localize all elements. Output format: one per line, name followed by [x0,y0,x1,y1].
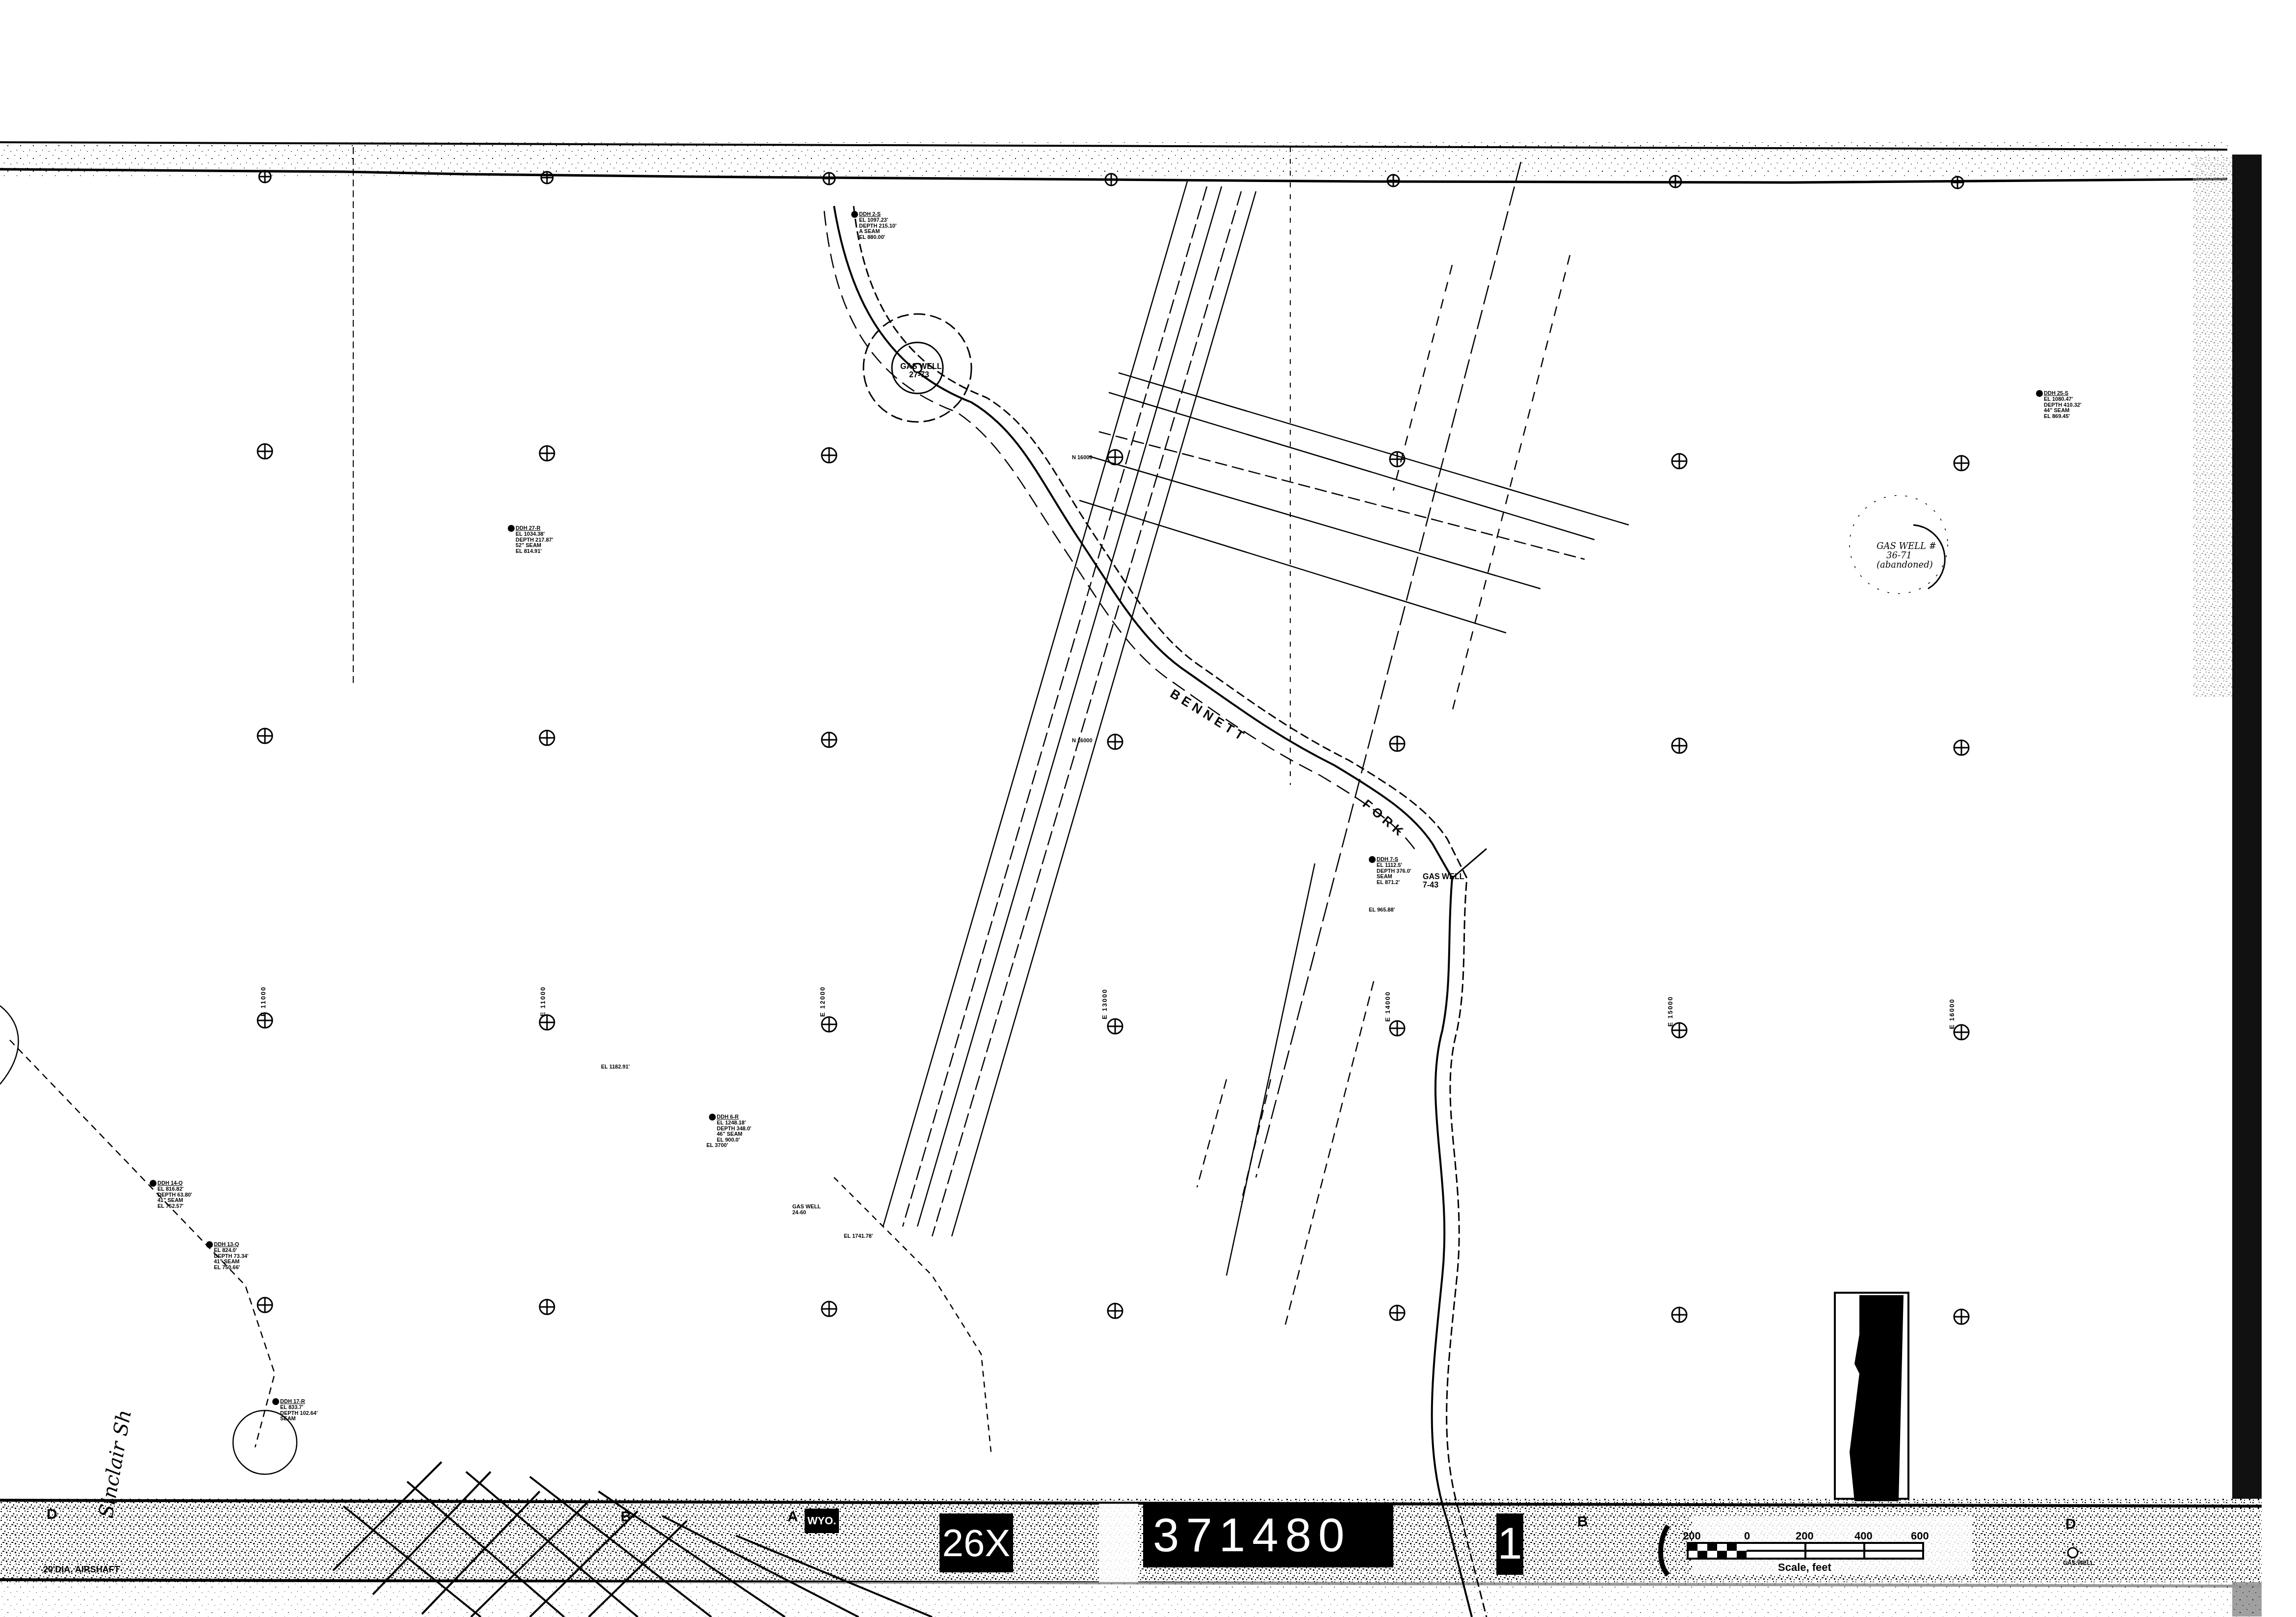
drill-hole-id: DDH 14-Q [157,1180,183,1186]
drill-hole-detail: EL 833.7' [272,1405,303,1410]
drill-hole-detail: 46" SEAM [709,1131,742,1137]
drill-hole-annotation: DDH 6-REL 1248.18'DEPTH 348.0'46" SEAMEL… [709,1114,751,1143]
scale-title: Scale, feet [1776,1561,1833,1574]
drill-hole-annotation: DDH 25-SEL 1080.47'DEPTH 410.32'44" SEAM… [2036,390,2082,419]
drill-hole-icon [206,1241,213,1248]
drill-hole-annotation: DDH 14-QEL 816.82'DEPTH 63.80'41" SEAMEL… [150,1180,192,1209]
drill-hole-detail: DEPTH 376.0' [1369,868,1411,874]
gas-well-label-3: GAS WELL 24-60 [792,1204,821,1216]
drill-hole-detail: DEPTH 73.34' [206,1253,248,1259]
northing-label-1: N 16000 [1072,455,1093,461]
grid-letter-a: A [787,1509,798,1525]
drill-hole-detail: 41" SEAM [150,1198,183,1203]
drill-hole-detail: DEPTH 63.80' [150,1192,192,1198]
drill-hole-detail: SEAM [1369,874,1392,880]
grid-letter-b: B [1577,1513,1588,1530]
drill-hole-id: DDH 27-R [516,525,541,531]
drill-hole-id: DDH 6-R [717,1114,739,1120]
spot-elevation-2: EL 1182.91' [601,1065,630,1070]
drill-hole-annotation: DDH 27-REL 1034.38'DEPTH 217.87'52" SEAM… [508,525,553,554]
grid-crosshairs [258,171,1969,1324]
drill-hole-id: DDH 7-S [1377,857,1398,862]
gas-well-id-4: 36-71 [1877,550,1912,561]
drill-hole-detail: A SEAM [851,229,880,235]
drill-hole-detail: EL 880.00' [851,235,885,240]
drill-hole-detail: EL 750.66' [206,1265,240,1271]
northing-label-2: N 16000 [1072,738,1093,744]
drill-hole-id: DDH 13-Q [214,1242,239,1248]
gas-well-label-2: GAS WELL 7-43 [1423,873,1464,890]
gas-well-id-1: 27-73 [900,371,929,379]
drill-hole-icon [709,1114,716,1121]
gas-well-label-1: GAS WELL 27-73 [900,363,941,380]
gas-well-note-4: (abandoned) [1877,560,1933,570]
gas-well-id-3: 24-60 [792,1210,806,1216]
drill-hole-detail: EL 816.82' [150,1186,183,1192]
drill-hole-detail: DEPTH 215.10' [851,223,897,229]
spot-elevation-1: EL 1741.78' [844,1234,873,1240]
drill-hole-annotation: DDH 17-REL 833.7'DEPTH 102.64'SEAM [272,1398,318,1422]
state-label: WYO. [808,1514,836,1527]
drill-hole-icon [272,1398,279,1405]
sheet-number: 371480 [1153,1509,1351,1563]
easting-label-6: E 15000 [1667,996,1674,1026]
drill-hole-detail: EL 1112.5' [1369,862,1402,868]
scale-tick-4: 600 [1911,1530,1929,1542]
drill-hole-annotation: DDH 13-QEL 824.0'DEPTH 73.34'41" SEAMEL … [206,1241,248,1271]
top-margin [0,140,2227,785]
drill-hole-detail: EL 871.2' [1369,880,1400,886]
drill-hole-icon [508,525,515,532]
frame-label-box: 26X [939,1513,1013,1572]
easting-label-7: E 16000 [1949,998,1956,1029]
left-arc [0,1006,991,1474]
drill-hole-detail: 44" SEAM [2036,408,2069,414]
drill-hole-id: DDH 17-R [280,1399,305,1405]
right-edge-strip [2193,155,2262,1617]
drill-hole-annotation: DDH 2-SEL 1097.23'DEPTH 215.10'A SEAMEL … [851,211,897,240]
map-canvas [0,0,2296,1617]
easting-label-3: E 12000 [819,986,826,1017]
drill-hole-detail: EL 1034.38' [508,531,545,537]
drill-hole-icon [851,211,858,218]
panel-number-box: 1 [1496,1513,1523,1575]
airshaft-label: 20'DIA. AIRSHAFT [43,1565,120,1574]
easting-label-5: E 14000 [1384,991,1391,1021]
drill-hole-detail: EL 869.45' [2036,414,2070,419]
easting-label-1: E 11000 [260,986,267,1017]
drill-hole-detail: 52" SEAM [508,543,541,548]
left-letter-b: B [621,1509,631,1525]
grid-letter-d: D [2065,1516,2076,1533]
drill-hole-annotation: DDH 7-SEL 1112.5'DEPTH 376.0'SEAMEL 871.… [1369,856,1411,886]
frame-label: 26X [942,1521,1011,1565]
spot-elevation-4: EL 3700' [706,1143,728,1149]
drill-hole-detail: 41" SEAM [206,1259,239,1265]
left-letter-d: D [47,1506,57,1523]
drill-hole-icon [150,1180,157,1187]
scale-tick-3: 400 [1854,1530,1873,1542]
drill-hole-detail: EL 752.57' [150,1203,183,1209]
drill-hole-detail: EL 1097.23' [851,217,888,223]
drill-hole-icon [1369,856,1376,863]
easting-label-4: E 13000 [1101,989,1108,1019]
drill-hole-detail: DEPTH 217.87' [508,537,553,543]
scale-tick-2: 200 [1796,1530,1814,1542]
spot-elevation-3: EL 965.88' [1369,908,1395,913]
state-label-box: WYO. [805,1509,839,1533]
drill-hole-id: DDH 2-S [859,211,881,217]
gas-well-id-2: 7-43 [1423,881,1438,889]
gas-well-label-4: GAS WELL # 36-71 (abandoned) [1877,542,1936,570]
survey-lines [883,162,1629,1325]
legend-panel [1835,1293,1908,1501]
sheet-number-box: 371480 [1143,1504,1393,1567]
drill-hole-detail: EL 1248.18' [709,1120,746,1126]
drill-hole-detail: DEPTH 410.32' [2036,402,2082,408]
scale-tick-1: 0 [1744,1530,1750,1542]
drill-hole-detail: EL 900.0' [709,1137,740,1143]
drill-hole-detail: DEPTH 348.0' [709,1126,751,1132]
drill-hole-detail: EL 1080.47' [2036,396,2073,402]
drill-hole-detail: SEAM [272,1416,296,1422]
drill-hole-detail: EL 814.91' [508,548,542,554]
easting-label-2: E 11000 [540,986,547,1017]
legend-gas-well-text: GAS WELL [2063,1560,2094,1566]
drill-hole-detail: EL 824.0' [206,1248,237,1253]
panel-number: 1 [1497,1519,1522,1569]
scale-tick-0: 200 [1683,1530,1701,1542]
drill-hole-detail: DEPTH 102.64' [272,1410,318,1416]
drill-hole-id: DDH 25-S [2044,391,2068,396]
drill-hole-icon [2036,390,2043,397]
